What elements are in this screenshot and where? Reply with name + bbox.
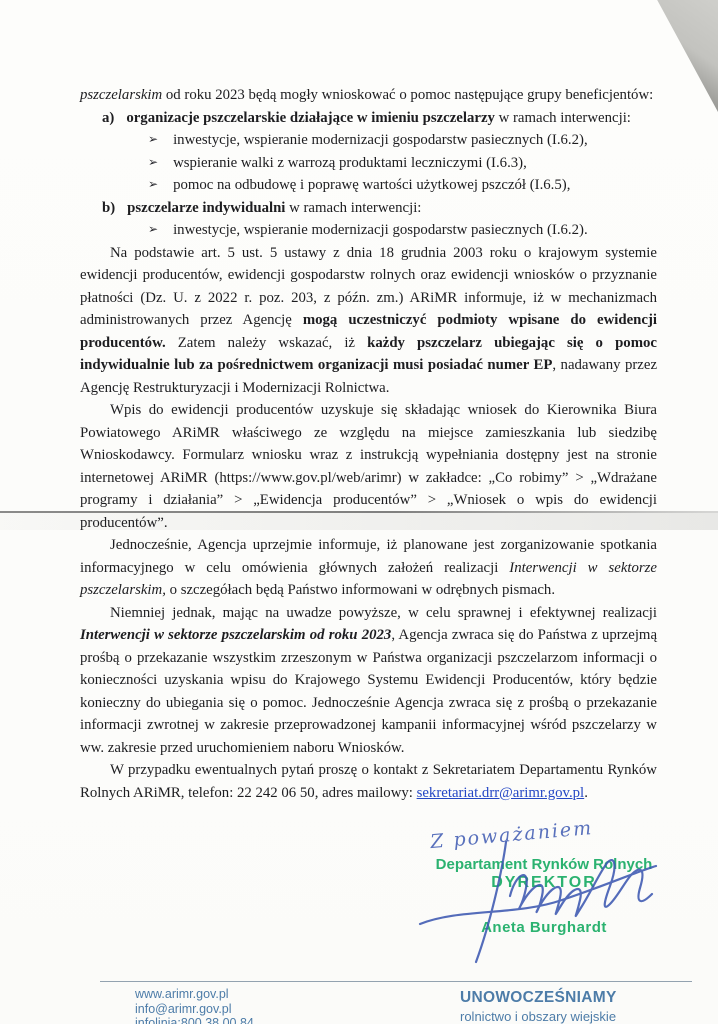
arrow-bullet-icon: ➢ (148, 222, 158, 236)
bold-italic-run: Interwencji w sektorze pszczelarskim od … (80, 627, 391, 643)
intro-italic-run: pszczelarskim (80, 87, 162, 103)
text-run: Wpis do ewidencji producentów uzyskuje s… (80, 402, 657, 531)
paragraph-legal-basis: Na podstawie art. 5 ust. 5 ustawy z dnia… (80, 242, 657, 400)
footer-website: www.arimr.gov.pl (135, 987, 254, 1002)
signature-scrawl (412, 836, 664, 964)
bullet-text: inwestycje, wspieranie modernizacji gosp… (173, 222, 588, 238)
email-link[interactable]: sekretariat.drr@arimr.gov.pl (417, 785, 585, 801)
footer-infoline: infolinia:800 38 00 84 (135, 1016, 254, 1024)
paragraph-intro: pszczelarskim od roku 2023 będą mogły wn… (80, 84, 657, 107)
list-item-b: b)pszczelarze indywidualni w ramach inte… (80, 197, 657, 220)
footer-slogan: UNOWOCZEŚNIAMY (460, 989, 617, 1007)
footer-email: info@arimr.gov.pl (135, 1002, 254, 1017)
paragraph-request: Niemniej jednak, mając na uwadze powyższ… (80, 602, 657, 760)
bullet-item: ➢pomoc na odbudowę i poprawę wartości uż… (80, 174, 657, 197)
bullet-text: inwestycje, wspieranie modernizacji gosp… (173, 132, 588, 148)
text-run: Niemniej jednak, mając na uwadze powyższ… (110, 605, 657, 621)
paragraph-contact: W przypadku ewentualnych pytań proszę o … (80, 759, 657, 804)
bullet-text: pomoc na odbudowę i poprawę wartości uży… (173, 177, 570, 193)
letter-body: pszczelarskim od roku 2023 będą mogły wn… (80, 84, 657, 804)
text-run: . (584, 785, 588, 801)
paragraph-registration-info: Wpis do ewidencji producentów uzyskuje s… (80, 399, 657, 534)
footer-contact-block: www.arimr.gov.pl info@arimr.gov.pl infol… (135, 987, 254, 1024)
list-label-b: b) (102, 200, 115, 216)
arrow-bullet-icon: ➢ (148, 177, 158, 191)
list-item-a: a)organizacje pszczelarskie działające w… (80, 107, 657, 130)
bullet-item: ➢wspieranie walki z warrozą produktami l… (80, 152, 657, 175)
arrow-bullet-icon: ➢ (148, 132, 158, 146)
paragraph-meeting-info: Jednocześnie, Agencja uprzejmie informuj… (80, 534, 657, 602)
bullet-text: wspieranie walki z warrozą produktami le… (173, 155, 527, 171)
footer-slogan-sub: rolnictwo i obszary wiejskie (460, 1009, 617, 1024)
footer-slogan-block: UNOWOCZEŚNIAMY rolnictwo i obszary wiejs… (460, 989, 617, 1024)
text-run: , Agencja zwraca się do Państwa z uprzej… (80, 627, 657, 756)
scanned-letter-page: pszczelarskim od roku 2023 będą mogły wn… (0, 0, 718, 1024)
list-b-bold-run: pszczelarze indywidualni (127, 200, 285, 216)
text-run: o szczegółach będą Państwo informowani w… (166, 582, 555, 598)
list-a-bold-run: organizacje pszczelarskie działające w i… (126, 110, 495, 126)
text-run: Zatem należy wskazać, iż (166, 335, 367, 351)
bullet-item: ➢inwestycje, wspieranie modernizacji gos… (80, 219, 657, 242)
footer-divider (100, 981, 692, 982)
list-b-text-run: w ramach interwencji: (285, 200, 421, 216)
bullet-item: ➢inwestycje, wspieranie modernizacji gos… (80, 129, 657, 152)
arrow-bullet-icon: ➢ (148, 155, 158, 169)
intro-text-run: od roku 2023 będą mogły wnioskować o pom… (162, 87, 653, 103)
list-label-a: a) (102, 110, 114, 126)
list-a-text-run: w ramach interwencji: (495, 110, 631, 126)
